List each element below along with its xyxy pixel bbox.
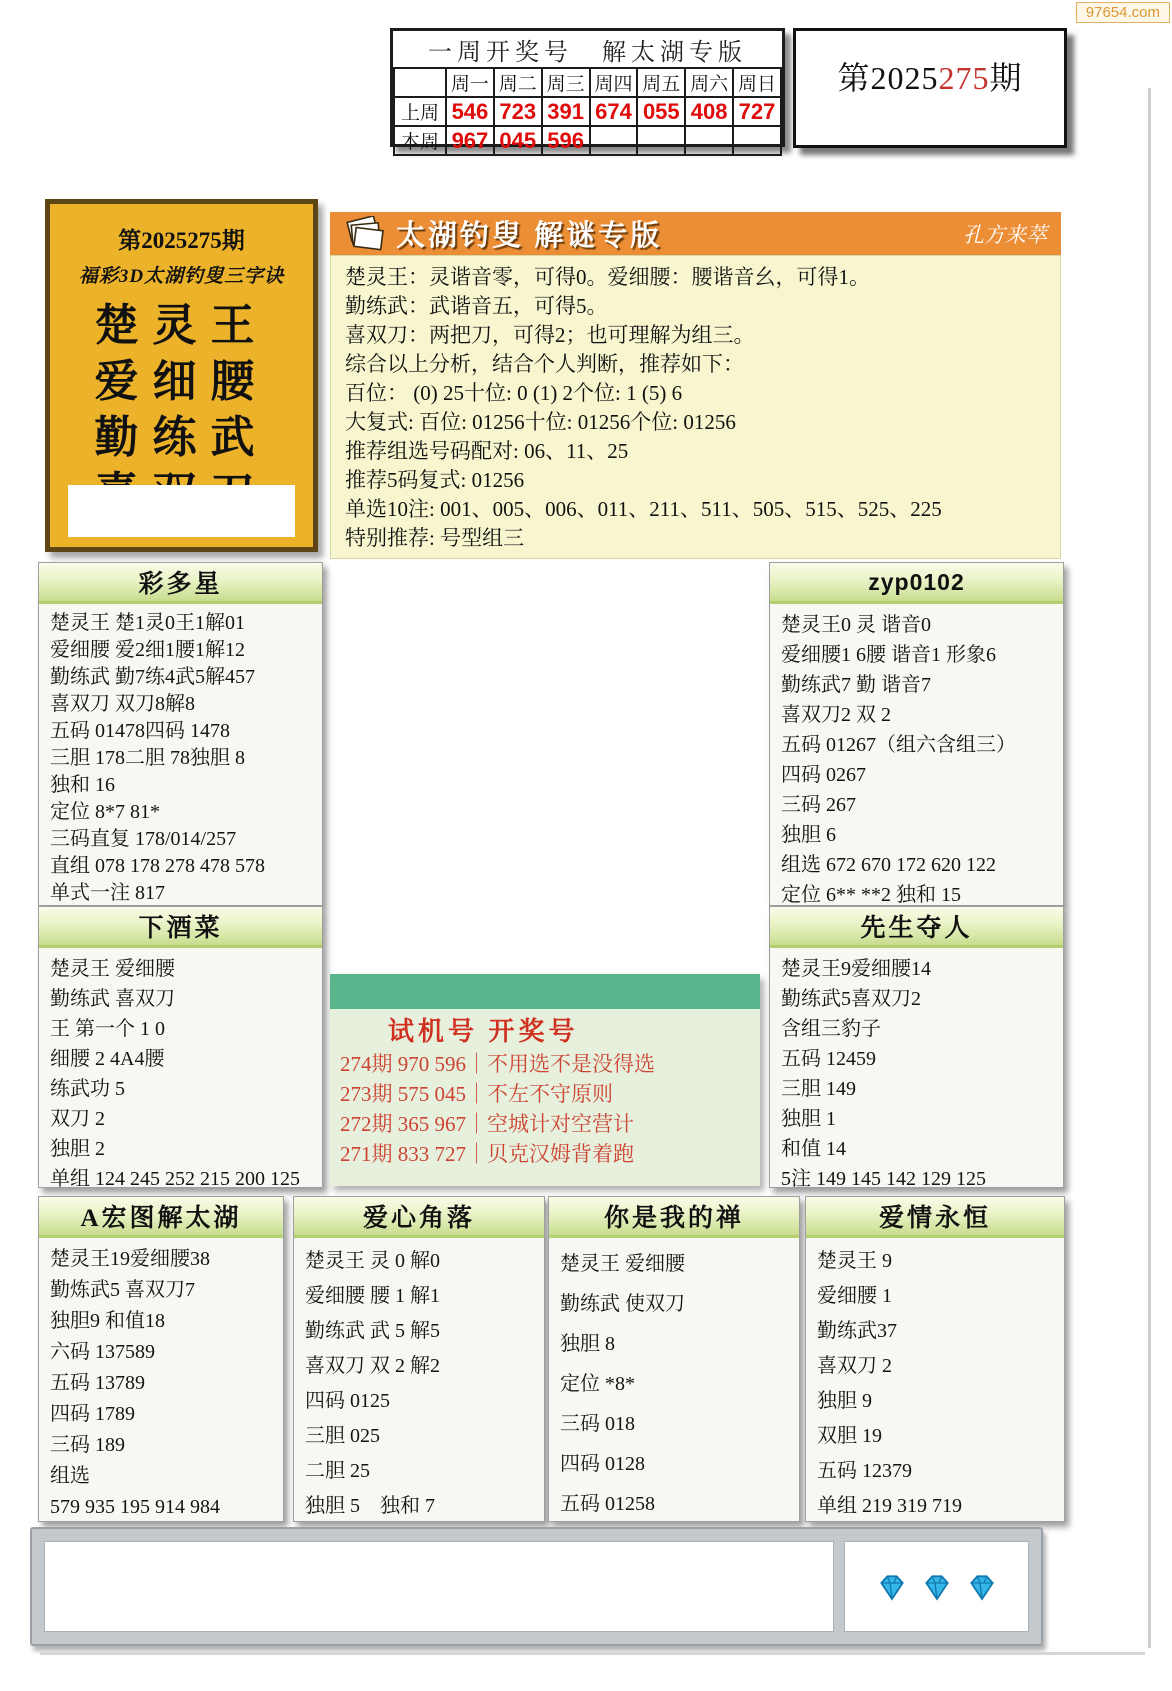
text-line: 爱细腰 爱2细1腰1解12 — [50, 637, 311, 664]
text-line: 练武功 5 — [50, 1074, 311, 1104]
corner-cell — [394, 68, 446, 97]
watermark-text: 97654.com — [1086, 4, 1160, 21]
day-header: 周二 — [494, 68, 542, 97]
text-line: 喜双刀 2 — [817, 1349, 1053, 1384]
panel-xiajiucai: 下酒菜 楚灵王 爱细腰勤练武 喜双刀王 第一个 1 0细腰 2 4A4腰练武功 … — [38, 906, 323, 1188]
text-line: 三码 018 — [560, 1404, 788, 1444]
table-row: 周一 周二 周三 周四 周五 周六 周日 — [394, 68, 781, 97]
analysis-line: 大复式: 百位: 01256十位: 01256个位: 01256 — [345, 408, 1046, 437]
row-label: 上周 — [394, 97, 446, 126]
text-line: 三胆 178二胆 78独胆 8 — [50, 745, 311, 772]
day-header: 周日 — [733, 68, 781, 97]
text-line: 独胆 1 — [781, 1104, 1052, 1134]
text-line: 四码 0125 — [305, 1384, 533, 1419]
card-subtitle: 福彩3D太湖钓叟三字诀 — [50, 261, 313, 288]
main-panel-body: 楚灵王：灵谐音零，可得0。爱细腰：腰谐音幺，可得1。勤练武：武谐音五，可得5。喜… — [330, 255, 1061, 559]
text-line: 三码 267 — [781, 790, 1052, 820]
panel-zyp0102: zyp0102 楚灵王0 灵 谐音0爱细腰1 6腰 谐音1 形象6勤练武7 勤 … — [769, 562, 1064, 906]
draw-history-line: 273期 575 045｜不左不守原则 — [340, 1079, 750, 1109]
text-line: 五码 01478四码 1478 — [50, 718, 311, 745]
green-header-band — [330, 974, 760, 1009]
diamond-icon[interactable] — [966, 1572, 998, 1602]
panel-title: 爱心角落 — [294, 1197, 544, 1238]
draw-number: 674 — [590, 97, 638, 126]
text-line: 四码 1789 — [50, 1399, 272, 1430]
text-line: 独胆 5 独和 7 — [305, 1489, 533, 1522]
issue-highlight: 275 — [939, 60, 990, 96]
text-line: 四码 0128 — [560, 1444, 788, 1484]
draw-number: 727 — [733, 97, 781, 126]
text-line: 四码 0267 — [781, 760, 1052, 790]
text-line: 三码 189 — [50, 1430, 272, 1461]
draw-number — [685, 126, 733, 155]
text-line: 楚灵王 爱细腰 — [50, 954, 311, 984]
text-line: 独胆 6 — [781, 820, 1052, 850]
panel-body: 楚灵王0 灵 谐音0爱细腰1 6腰 谐音1 形象6勤练武7 勤 谐音7喜双刀2 … — [770, 604, 1063, 906]
verse-line: 楚灵王 — [50, 298, 313, 354]
card-issue: 第2025275期 — [50, 222, 313, 255]
draw-number: 391 — [542, 97, 590, 126]
main-panel-title: 太湖钓叟 解谜专版 — [396, 213, 662, 254]
text-line: 楚灵王 9 — [817, 1244, 1053, 1279]
table-row: 本周 967 045 596 — [394, 126, 781, 155]
row-label: 本周 — [394, 126, 446, 155]
panel-xianshengduoren: 先生夺人 楚灵王9爱细腰14勤练武5喜双刀2含组三豹子五码 12459三胆 14… — [769, 906, 1064, 1188]
text-line: 和值 14 — [781, 1134, 1052, 1164]
text-line: 楚灵王9爱细腰14 — [781, 954, 1052, 984]
panel-body: 楚灵王 楚1灵0王1解01爱细腰 爱2细1腰1解12勤练武 勤7练4武5解457… — [39, 604, 322, 906]
draw-number — [637, 126, 685, 155]
text-line: 独胆 8 — [560, 1324, 788, 1364]
draw-number: 546 — [446, 97, 494, 126]
draw-number: 723 — [494, 97, 542, 126]
week-table-grid: 周一 周二 周三 周四 周五 周六 周日 上周 546 723 391 674 … — [393, 67, 782, 156]
analysis-line: 勤练武：武谐音五，可得5。 — [345, 292, 1046, 321]
text-line: 独胆 9 — [817, 1384, 1053, 1419]
panel-caiduoxing: 彩多星 楚灵王 楚1灵0王1解01爱细腰 爱2细1腰1解12勤练武 勤7练4武5… — [38, 562, 323, 906]
text-line: 爱细腰 腰 1 解1 — [305, 1279, 533, 1314]
text-line: 勤练武 使双刀 — [560, 1284, 788, 1324]
text-line: 勤练武 勤7练4武5解457 — [50, 664, 311, 691]
draw-history-lines: 274期 970 596｜不用选不是没得选273期 575 045｜不左不守原则… — [340, 1049, 750, 1169]
text-line: 三胆 025 — [305, 1419, 533, 1454]
panel-title: 下酒菜 — [39, 907, 322, 948]
text-line: 爱细腰1 6腰 谐音1 形象6 — [781, 640, 1052, 670]
text-line: 定位 *8* — [560, 1364, 788, 1404]
text-line: 5注 149 145 142 129 125 — [781, 1164, 1052, 1188]
text-line: 楚灵王19爱细腰38 — [50, 1244, 272, 1275]
draw-history-line: 271期 833 727｜贝克汉姆背着跑 — [340, 1139, 750, 1169]
text-line: 三胆 149 — [781, 1074, 1052, 1104]
text-line: 双胆 19 — [817, 1419, 1053, 1454]
panel-body: 楚灵王 灵 0 解0爱细腰 腰 1 解1勤练武 武 5 解5喜双刀 双 2 解2… — [294, 1238, 544, 1522]
analysis-line: 百位： (0) 25十位: 0 (1) 2个位: 1 (5) 6 — [345, 379, 1046, 408]
text-line: 组选 672 670 172 620 122 — [781, 850, 1052, 880]
text-line: 直组 078 178 278 478 578 — [50, 853, 311, 880]
analysis-line: 综合以上分析，结合个人判断，推荐如下： — [345, 350, 1046, 379]
text-line: 爱细腰 1 — [817, 1279, 1053, 1314]
panel-aiqingyongheng: 爱情永恒 楚灵王 9爱细腰 1勤练武37喜双刀 2独胆 9双胆 19五码 123… — [805, 1196, 1065, 1522]
panel-body: 楚灵王 9爱细腰 1勤练武37喜双刀 2独胆 9双胆 19五码 12379单组 … — [806, 1238, 1064, 1522]
issue-suffix: 期 — [990, 60, 1023, 96]
draw-number: 055 — [637, 97, 685, 126]
page-edge-shadow — [1148, 88, 1151, 1648]
analysis-line: 楚灵王：灵谐音零，可得0。爱细腰：腰谐音幺，可得1。 — [345, 263, 1046, 292]
gold-riddle-card: 第2025275期 福彩3D太湖钓叟三字诀 楚灵王爱细腰勤练武喜双刀 — [45, 199, 318, 552]
draw-number: 596 — [542, 126, 590, 155]
text-line: 勤练武37 — [817, 1314, 1053, 1349]
text-line: 含组三豹子 — [781, 1014, 1052, 1044]
text-line: 五码 12459 — [781, 1044, 1052, 1074]
text-line: 独和 16 — [50, 772, 311, 799]
comment-input[interactable] — [44, 1541, 834, 1632]
issue-number-box: 第2025275期 — [793, 28, 1067, 148]
day-header: 周一 — [446, 68, 494, 97]
text-line: 楚灵王 灵 0 解0 — [305, 1244, 533, 1279]
text-line: 五码 13789 — [50, 1368, 272, 1399]
text-line: 细腰 2 4A4腰 — [50, 1044, 311, 1074]
text-line: 勤炼武5 喜双刀7 — [50, 1275, 272, 1306]
table-row: 上周 546 723 391 674 055 408 727 — [394, 97, 781, 126]
text-line: 单组 219 319 719 — [817, 1489, 1053, 1522]
text-line: 三码直复 178/014/257 — [50, 826, 311, 853]
weekly-draw-table: 一周开奖号 解太湖专版 周一 周二 周三 周四 周五 周六 周日 上周 546 … — [390, 28, 785, 147]
panel-nishiwodechan: 你是我的禅 楚灵王 爱细腰勤练武 使双刀独胆 8定位 *8*三码 018四码 0… — [548, 1196, 800, 1522]
analysis-line: 推荐组选号码配对: 06、11、25 — [345, 437, 1046, 466]
panel-title: 爱情永恒 — [806, 1197, 1064, 1238]
day-header: 周五 — [637, 68, 685, 97]
panel-shijihao: 试机号 开奖号 274期 970 596｜不用选不是没得选273期 575 04… — [330, 974, 760, 1186]
issue-number: 第2025275期 — [837, 53, 1022, 145]
panel-title: A宏图解太湖 — [39, 1197, 283, 1238]
analysis-line: 单选10注: 001、005、006、011、211、511、505、515、5… — [345, 495, 1046, 524]
text-line: 喜双刀2 双 2 — [781, 700, 1052, 730]
main-panel-author: 孔方来萃 — [963, 219, 1047, 249]
text-line: 定位 6** **2 独和 15 — [781, 880, 1052, 906]
text-line: 单组 124 245 252 215 200 125 — [50, 1164, 311, 1188]
draw-number — [733, 126, 781, 155]
text-line: 双刀 2 — [50, 1104, 311, 1134]
diamond-icons-box — [844, 1541, 1029, 1632]
text-line: 勤练武7 勤 谐音7 — [781, 670, 1052, 700]
week-table-title: 一周开奖号 解太湖专版 — [393, 31, 782, 67]
analysis-line: 特别推荐: 号型组三 — [345, 524, 1046, 553]
day-header: 周三 — [542, 68, 590, 97]
verse-line: 爱细腰 — [50, 354, 313, 410]
text-line: 单式一注 817 — [50, 880, 311, 906]
panel-title: 先生夺人 — [770, 907, 1063, 948]
panel-title: 试机号 开奖号 — [340, 1015, 750, 1049]
text-line: 楚灵王 爱细腰 — [560, 1244, 788, 1284]
draw-number — [590, 126, 638, 155]
text-line: 独胆 2 — [50, 1134, 311, 1164]
text-line: 独胆9 和值18 — [50, 1306, 272, 1337]
day-header: 周六 — [685, 68, 733, 97]
text-line: 喜双刀 双 2 解2 — [305, 1349, 533, 1384]
main-panel-header: 太湖钓叟 解谜专版 孔方来萃 — [330, 212, 1061, 255]
paper-icon — [344, 216, 388, 252]
draw-history-line: 272期 365 967｜空城计对空营计 — [340, 1109, 750, 1139]
panel-body: 试机号 开奖号 274期 970 596｜不用选不是没得选273期 575 04… — [330, 1009, 760, 1186]
site-watermark: 97654.com — [1076, 2, 1170, 23]
draw-number: 045 — [494, 126, 542, 155]
panel-body: 楚灵王 爱细腰勤练武 喜双刀王 第一个 1 0细腰 2 4A4腰练武功 5双刀 … — [39, 948, 322, 1188]
text-line: 勤练武 喜双刀 — [50, 984, 311, 1014]
text-line: 喜双刀 双刀8解8 — [50, 691, 311, 718]
text-line: 579 935 195 914 984 — [50, 1492, 272, 1522]
analysis-line: 推荐5码复式: 01256 — [345, 466, 1046, 495]
issue-prefix: 第2025 — [837, 60, 938, 96]
text-line: 组选 — [50, 1461, 272, 1492]
draw-number: 408 — [685, 97, 733, 126]
verse-line: 勤练武 — [50, 410, 313, 466]
page-edge-shadow — [40, 1652, 1145, 1655]
text-line: 二胆 25 — [305, 1454, 533, 1489]
panel-title: zyp0102 — [770, 563, 1063, 604]
blank-note-box — [68, 485, 295, 537]
panel-title: 彩多星 — [39, 563, 322, 604]
text-line: 勤练武 武 5 解5 — [305, 1314, 533, 1349]
day-header: 周四 — [590, 68, 638, 97]
diamond-icon[interactable] — [876, 1572, 908, 1602]
text-line: 五码 01267（组六含组三） — [781, 730, 1052, 760]
text-line: 五码 12379 — [817, 1454, 1053, 1489]
text-line: 五码 01258 — [560, 1484, 788, 1522]
analysis-line: 喜双刀：两把刀，可得2；也可理解为组三。 — [345, 321, 1046, 350]
panel-aixinjiaoluo: 爱心角落 楚灵王 灵 0 解0爱细腰 腰 1 解1勤练武 武 5 解5喜双刀 双… — [293, 1196, 545, 1522]
diamond-icon[interactable] — [921, 1572, 953, 1602]
text-line: 王 第一个 1 0 — [50, 1014, 311, 1044]
panel-body: 楚灵王 爱细腰勤练武 使双刀独胆 8定位 *8*三码 018四码 0128五码 … — [549, 1238, 799, 1522]
panel-title: 你是我的禅 — [549, 1197, 799, 1238]
text-line: 六码 137589 — [50, 1337, 272, 1368]
panel-body: 楚灵王19爱细腰38勤炼武5 喜双刀7独胆9 和值18六码 137589五码 1… — [39, 1238, 283, 1522]
text-line: 定位 8*7 81* — [50, 799, 311, 826]
draw-number: 967 — [446, 126, 494, 155]
text-line: 勤练武5喜双刀2 — [781, 984, 1052, 1014]
text-line: 楚灵王 楚1灵0王1解01 — [50, 610, 311, 637]
draw-history-line: 274期 970 596｜不用选不是没得选 — [340, 1049, 750, 1079]
footer-bar — [30, 1527, 1043, 1646]
text-line: 楚灵王0 灵 谐音0 — [781, 610, 1052, 640]
panel-ahongtu: A宏图解太湖 楚灵王19爱细腰38勤炼武5 喜双刀7独胆9 和值18六码 137… — [38, 1196, 284, 1522]
panel-body: 楚灵王9爱细腰14勤练武5喜双刀2含组三豹子五码 12459三胆 149独胆 1… — [770, 948, 1063, 1188]
